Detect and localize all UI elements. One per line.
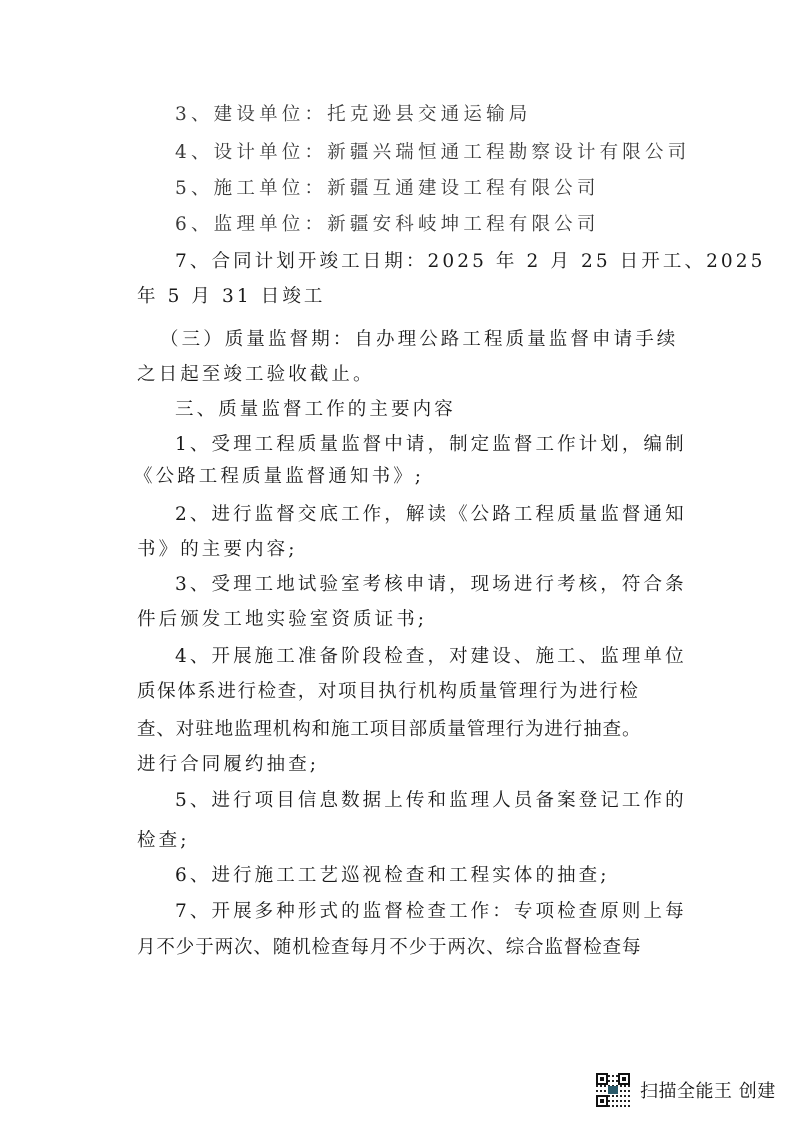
supervision-period-heading: （三）质量监督期：自办理公路工程质量监督申请手续 xyxy=(160,328,678,352)
item-5-cont: 检查; xyxy=(137,829,190,853)
watermark-text: 扫描全能王 创建 xyxy=(640,1077,776,1103)
item-7-cont: 月不少于两次、随机检查每月不少于两次、综合监督检查每 xyxy=(137,936,641,960)
item-6-line: 6、进行施工工艺巡视检查和工程实体的抽查; xyxy=(175,864,610,888)
item-2-cont: 书》的主要内容; xyxy=(137,538,298,562)
contract-dates-line: 7、合同计划开竣工日期：2025 年 2 月 25 日开工、2025 xyxy=(175,250,766,274)
item-1-line: 1、受理工程质量监督中请，制定监督工作计划，编制 xyxy=(175,433,687,457)
supervision-unit-line: 6、监理单位：新疆安科岐坤工程有限公司 xyxy=(175,213,600,237)
item-4-cont-3: 进行合同履约抽查; xyxy=(137,753,319,777)
qr-code-icon xyxy=(596,1073,630,1107)
item-7-line: 7、开展多种形式的监督检查工作：专项检查原则上每 xyxy=(175,900,687,924)
item-4-line: 4、开展施工准备阶段检查，对建设、施工、监理单位 xyxy=(175,645,687,669)
item-4-cont-1: 质保体系进行检查，对项目执行机构质量管理行为进行检 xyxy=(137,680,640,704)
item-5-line: 5、进行项目信息数据上传和监理人员备案登记工作的 xyxy=(175,789,687,813)
design-unit-line: 4、设计单位：新疆兴瑞恒通工程勘察设计有限公司 xyxy=(175,141,690,165)
scanner-watermark: 扫描全能王 创建 xyxy=(596,1072,776,1108)
supervision-period-cont: 之日起至竣工验收截止。 xyxy=(137,363,375,387)
document-page: 3、建设单位：托克逊县交通运输局 4、设计单位：新疆兴瑞恒通工程勘察设计有限公司… xyxy=(0,0,793,1122)
section-heading: 三、质量监督工作的主要内容 xyxy=(175,398,456,422)
item-4-cont-2: 查、对驻地监理机构和施工项目部质量管理行为进行抽查。 xyxy=(137,718,641,742)
item-3-cont: 件后颁发工地实验室资质证书; xyxy=(137,608,427,632)
item-1-cont: 《公路工程质量监督通知书》; xyxy=(134,465,424,489)
contractor-unit-line: 5、施工单位：新疆互通建设工程有限公司 xyxy=(175,177,600,201)
construction-unit-line: 3、建设单位：托克逊县交通运输局 xyxy=(175,103,531,127)
item-3-line: 3、受理工地试验室考核申请，现场进行考核，符合条 xyxy=(175,573,687,597)
item-2-line: 2、进行监督交底工作，解读《公路工程质量监督通知 xyxy=(175,503,687,527)
contract-dates-line-cont: 年 5 月 31 日竣工 xyxy=(137,285,326,309)
